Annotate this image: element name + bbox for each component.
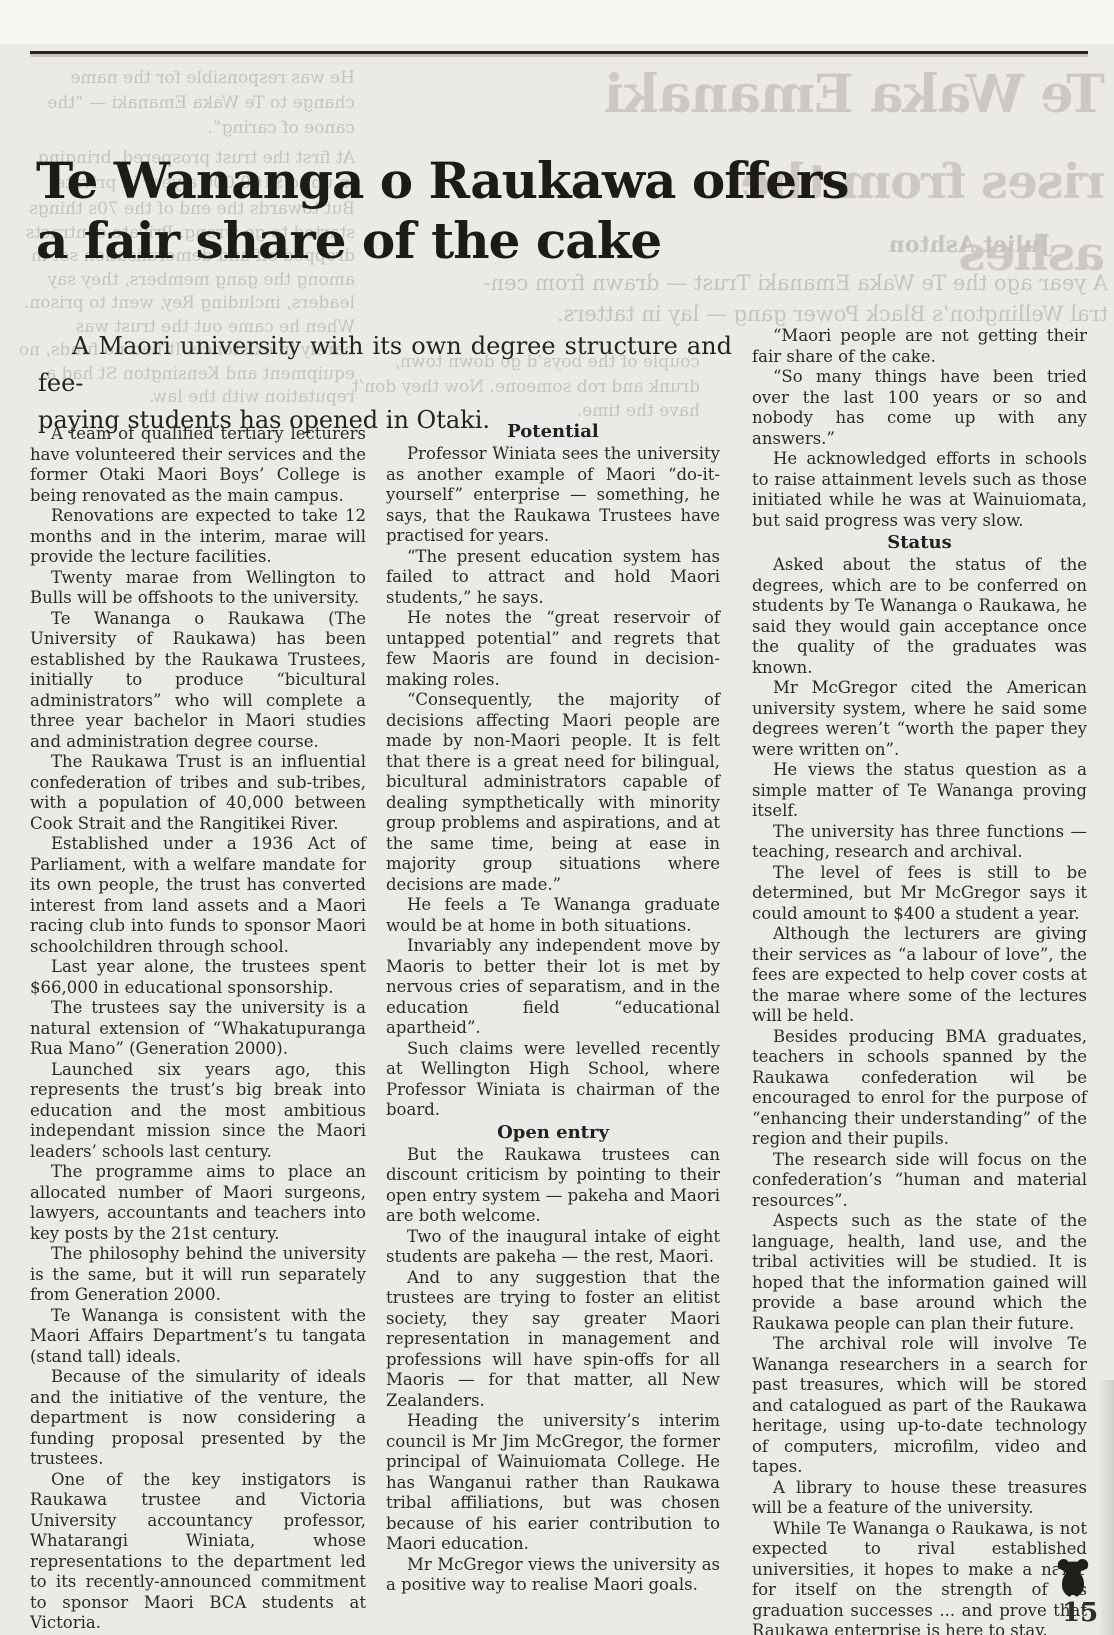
page-top-margin bbox=[0, 0, 1114, 44]
paragraph: A library to house these treasures will … bbox=[752, 1478, 1087, 1519]
paragraph: “Maori people are not getting their fair… bbox=[752, 326, 1087, 367]
paragraph: Launched six years ago, this represents … bbox=[30, 1060, 366, 1163]
paragraph: Because of the simularity of ideals and … bbox=[30, 1367, 366, 1470]
article-column-2: Potential Professor Winiata sees the uni… bbox=[386, 420, 720, 1596]
paragraph: The university has three functions — tea… bbox=[752, 822, 1087, 863]
paragraph: Aspects such as the state of the languag… bbox=[752, 1211, 1087, 1334]
paragraph: Te Wananga is consistent with the Maori … bbox=[30, 1306, 366, 1368]
ghost-headline-line1: Te Waka Emanaki bbox=[585, 56, 1105, 134]
crosshead-open-entry: Open entry bbox=[386, 1122, 720, 1144]
article-column-1: A team of qualified tertiary lecturers h… bbox=[30, 424, 366, 1634]
newspaper-page: Te Waka Emanaki rises from the ashes Jul… bbox=[0, 0, 1114, 1635]
paragraph: Besides producing BMA graduates, teacher… bbox=[752, 1027, 1087, 1150]
paragraph: The philosophy behind the university is … bbox=[30, 1244, 366, 1306]
paragraph: One of the key instigators is Raukawa tr… bbox=[30, 1470, 366, 1634]
column-2-section-1: Professor Winiata sees the university as… bbox=[386, 444, 720, 1121]
page-number: 15 bbox=[1062, 1598, 1098, 1628]
paragraph: Such claims were levelled recently at We… bbox=[386, 1039, 720, 1121]
article-column-3: “Maori people are not getting their fair… bbox=[752, 326, 1087, 1635]
paragraph: The archival role will involve Te Wanang… bbox=[752, 1334, 1087, 1478]
standfirst-line1: A Maori university with its own degree s… bbox=[38, 328, 732, 402]
ghost-intro-block: A year ago the Te Waka Emanaki Trust — d… bbox=[548, 268, 1108, 330]
paragraph: Professor Winiata sees the university as… bbox=[386, 444, 720, 547]
ghost-top-left-block-a: He was responsible for the namechange to… bbox=[55, 66, 355, 141]
paragraph: Asked about the status of the degrees, w… bbox=[752, 555, 1087, 678]
paragraph: Heading the university’s interim council… bbox=[386, 1411, 720, 1555]
paragraph: And to any suggestion that the trustees … bbox=[386, 1268, 720, 1412]
paragraph: Two of the inaugural intake of eight stu… bbox=[386, 1227, 720, 1268]
paragraph: He notes the “great reservoir of untappe… bbox=[386, 608, 720, 690]
paragraph: Established under a 1936 Act of Parliame… bbox=[30, 834, 366, 957]
paragraph: Te Wananga o Raukawa (The University of … bbox=[30, 609, 366, 753]
paragraph: Although the lecturers are giving their … bbox=[752, 924, 1087, 1027]
masthead-rule bbox=[30, 51, 1088, 54]
paragraph: Renovations are expected to take 12 mont… bbox=[30, 506, 366, 568]
paragraph: “Consequently, the majority of decisions… bbox=[386, 690, 720, 895]
paragraph: He feels a Te Wananga graduate would be … bbox=[386, 895, 720, 936]
column-3-section-1: “Maori people are not getting their fair… bbox=[752, 326, 1087, 531]
ghost-line: leaders, including Rey, went to prison. bbox=[40, 292, 355, 316]
paragraph: “The present education system has failed… bbox=[386, 547, 720, 609]
article-headline-line1: Te Wananga o Raukawa offers bbox=[36, 152, 956, 210]
crosshead-potential: Potential bbox=[386, 421, 720, 443]
article-headline-line2: a fair share of the cake bbox=[36, 212, 956, 270]
column-3-section-2: Asked about the status of the degrees, w… bbox=[752, 555, 1087, 1635]
paragraph: While Te Wananga o Raukawa, is not expec… bbox=[752, 1519, 1087, 1635]
ghost-line: A year ago the Te Waka Emanaki Trust — d… bbox=[548, 268, 1108, 299]
paragraph: Twenty marae from Wellington to Bulls wi… bbox=[30, 568, 366, 609]
paragraph: “So many things have been tried over the… bbox=[752, 367, 1087, 449]
paragraph: He views the status question as a simple… bbox=[752, 760, 1087, 822]
paragraph: The level of fees is still to be determi… bbox=[752, 863, 1087, 925]
paragraph: He acknowledged efforts in schools to ra… bbox=[752, 449, 1087, 531]
ghost-line: canoe of caring”. bbox=[55, 116, 355, 141]
ghost-line: change to Te Waka Emanaki — “the bbox=[55, 91, 355, 116]
paragraph: But the Raukawa trustees can discount cr… bbox=[386, 1145, 720, 1227]
paragraph: The programme aims to place an allocated… bbox=[30, 1162, 366, 1244]
paragraph: A team of qualified tertiary lecturers h… bbox=[30, 424, 366, 506]
ghost-line: He was responsible for the name bbox=[55, 66, 355, 91]
paragraph: Mr McGregor cited the American universit… bbox=[752, 678, 1087, 760]
paragraph: Invariably any independent move by Maori… bbox=[386, 936, 720, 1039]
ghost-line: among the gang members, they say bbox=[40, 269, 355, 293]
tiki-end-marker-icon bbox=[1056, 1558, 1090, 1600]
paragraph: The trustees say the university is a nat… bbox=[30, 998, 366, 1060]
scan-edge-shadow bbox=[1098, 1380, 1114, 1635]
column-2-section-2: But the Raukawa trustees can discount cr… bbox=[386, 1145, 720, 1596]
paragraph: Mr McGregor views the university as a po… bbox=[386, 1555, 720, 1596]
paragraph: The research side will focus on the conf… bbox=[752, 1150, 1087, 1212]
crosshead-status: Status bbox=[752, 532, 1087, 554]
paragraph: Last year alone, the trustees spent $66,… bbox=[30, 957, 366, 998]
paragraph: The Raukawa Trust is an influential conf… bbox=[30, 752, 366, 834]
